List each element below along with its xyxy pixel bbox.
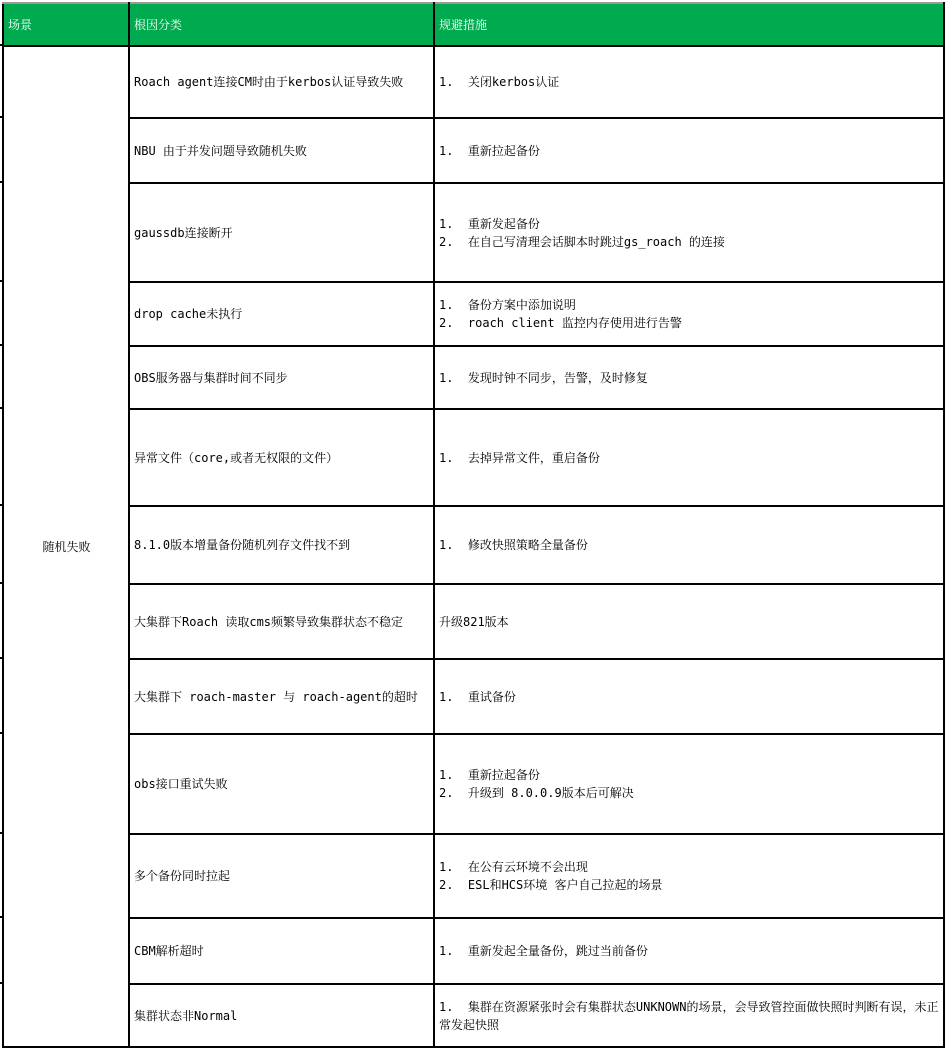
root-cause-cell[interactable]: 多个备份同时拉起 [129,834,434,918]
measures-cell[interactable]: 1. 集群在资源紧张时会有集群状态UNKNOWN的场景，会导致管控面做快照时判断… [434,984,944,1047]
table-body: 随机失败Roach agent连接CM时由于kerbos认证导致失败1. 关闭k… [3,46,944,1047]
measures-cell[interactable]: 1. 重试备份 [434,659,944,734]
gridline-tick [0,657,4,659]
measures-cell[interactable]: 1. 发现时钟不同步，告警，及时修复 [434,346,944,409]
gridline-tick [0,732,4,734]
measure-line: 1. 在公有云环境不会出现 [439,858,940,876]
root-cause-cell[interactable]: 大集群下Roach 读取cms频繁导致集群状态不稳定 [129,584,434,659]
measures-cell[interactable]: 1. 修改快照策略全量备份 [434,506,944,584]
measures-cell[interactable]: 升级821版本 [434,584,944,659]
gridline-tick [0,504,4,506]
gridline-tick [0,181,4,183]
measure-line: 1. 去掉异常文件，重启备份 [439,449,940,467]
measure-line: 1. 修改快照策略全量备份 [439,536,940,554]
measure-line: 1. 关闭kerbos认证 [439,73,940,91]
table-row: drop cache未执行1. 备份方案中添加说明2. roach client… [3,282,944,346]
gridline-tick [0,116,4,118]
header-cell-root-cause[interactable]: 根因分类 [129,3,434,46]
measure-line: 1. 重新拉起备份 [439,142,940,160]
root-cause-cell[interactable]: gaussdb连接断开 [129,183,434,282]
table-row: CBM解析超时1. 重新发起全量备份，跳过当前备份 [3,918,944,984]
measure-line: 2. roach client 监控内存使用进行告警 [439,314,940,332]
measure-line: 1. 集群在资源紧张时会有集群状态UNKNOWN的场景，会导致管控面做快照时判断… [439,998,940,1034]
table-row: 8.1.0版本增量备份随机列存文件找不到1. 修改快照策略全量备份 [3,506,944,584]
root-cause-cell[interactable]: OBS服务器与集群时间不同步 [129,346,434,409]
gridline-tick [0,916,4,918]
measure-line: 2. 在自己写清理会话脚本时跳过gs_roach 的连接 [439,233,940,251]
table-row: gaussdb连接断开1. 重新发起备份2. 在自己写清理会话脚本时跳过gs_r… [3,183,944,282]
root-cause-cell[interactable]: 大集群下 roach-master 与 roach-agent的超时 [129,659,434,734]
root-cause-cell[interactable]: obs接口重试失败 [129,734,434,834]
gridline-tick [0,280,4,282]
measure-line: 1. 备份方案中添加说明 [439,296,940,314]
measure-line: 1. 重新发起全量备份，跳过当前备份 [439,942,940,960]
gridline-tick [0,344,4,346]
table-row: obs接口重试失败1. 重新拉起备份2. 升级到 8.0.0.9版本后可解决 [3,734,944,834]
table-row: 大集群下Roach 读取cms频繁导致集群状态不稳定升级821版本 [3,584,944,659]
gridline-tick [0,44,4,46]
table-row: 集群状态非Normal1. 集群在资源紧张时会有集群状态UNKNOWN的场景，会… [3,984,944,1047]
table-row: 异常文件（core,或者无权限的文件）1. 去掉异常文件，重启备份 [3,409,944,506]
measure-line: 1. 重试备份 [439,688,940,706]
root-cause-cell[interactable]: CBM解析超时 [129,918,434,984]
measures-cell[interactable]: 1. 重新发起全量备份，跳过当前备份 [434,918,944,984]
header-cell-measures[interactable]: 规避措施 [434,3,944,46]
table-row: 多个备份同时拉起1. 在公有云环境不会出现2. ESL和HCS环境 客户自己拉起… [3,834,944,918]
gridline-tick [0,982,4,984]
spreadsheet-crop: 场景 根因分类 规避措施 随机失败Roach agent连接CM时由于kerbo… [0,0,945,1048]
gridline-tick [0,832,4,834]
measure-line: 1. 重新发起备份 [439,215,940,233]
measures-cell[interactable]: 1. 重新拉起备份 [434,118,944,183]
measures-cell[interactable]: 1. 关闭kerbos认证 [434,46,944,118]
table-row: 随机失败Roach agent连接CM时由于kerbos认证导致失败1. 关闭k… [3,46,944,118]
measures-cell[interactable]: 1. 去掉异常文件，重启备份 [434,409,944,506]
header-row: 场景 根因分类 规避措施 [3,3,944,46]
measure-line: 升级821版本 [439,613,940,631]
scenario-cell[interactable]: 随机失败 [3,46,129,1047]
header-cell-scenario[interactable]: 场景 [3,3,129,46]
failure-scenario-table: 场景 根因分类 规避措施 随机失败Roach agent连接CM时由于kerbo… [2,2,945,1048]
root-cause-cell[interactable]: 异常文件（core,或者无权限的文件） [129,409,434,506]
measure-line: 1. 发现时钟不同步，告警，及时修复 [439,369,940,387]
root-cause-cell[interactable]: drop cache未执行 [129,282,434,346]
root-cause-cell[interactable]: 集群状态非Normal [129,984,434,1047]
measures-cell[interactable]: 1. 备份方案中添加说明2. roach client 监控内存使用进行告警 [434,282,944,346]
root-cause-cell[interactable]: Roach agent连接CM时由于kerbos认证导致失败 [129,46,434,118]
table-row: 大集群下 roach-master 与 roach-agent的超时1. 重试备… [3,659,944,734]
table-header: 场景 根因分类 规避措施 [3,3,944,46]
table-row: OBS服务器与集群时间不同步1. 发现时钟不同步，告警，及时修复 [3,346,944,409]
measure-line: 2. ESL和HCS环境 客户自己拉起的场景 [439,876,940,894]
measure-line: 2. 升级到 8.0.0.9版本后可解决 [439,784,940,802]
measure-line: 1. 重新拉起备份 [439,766,940,784]
measures-cell[interactable]: 1. 重新拉起备份2. 升级到 8.0.0.9版本后可解决 [434,734,944,834]
root-cause-cell[interactable]: NBU 由于并发问题导致随机失败 [129,118,434,183]
table-row: NBU 由于并发问题导致随机失败1. 重新拉起备份 [3,118,944,183]
gridline-tick [0,407,4,409]
measures-cell[interactable]: 1. 重新发起备份2. 在自己写清理会话脚本时跳过gs_roach 的连接 [434,183,944,282]
gridline-tick [0,582,4,584]
measures-cell[interactable]: 1. 在公有云环境不会出现2. ESL和HCS环境 客户自己拉起的场景 [434,834,944,918]
root-cause-cell[interactable]: 8.1.0版本增量备份随机列存文件找不到 [129,506,434,584]
